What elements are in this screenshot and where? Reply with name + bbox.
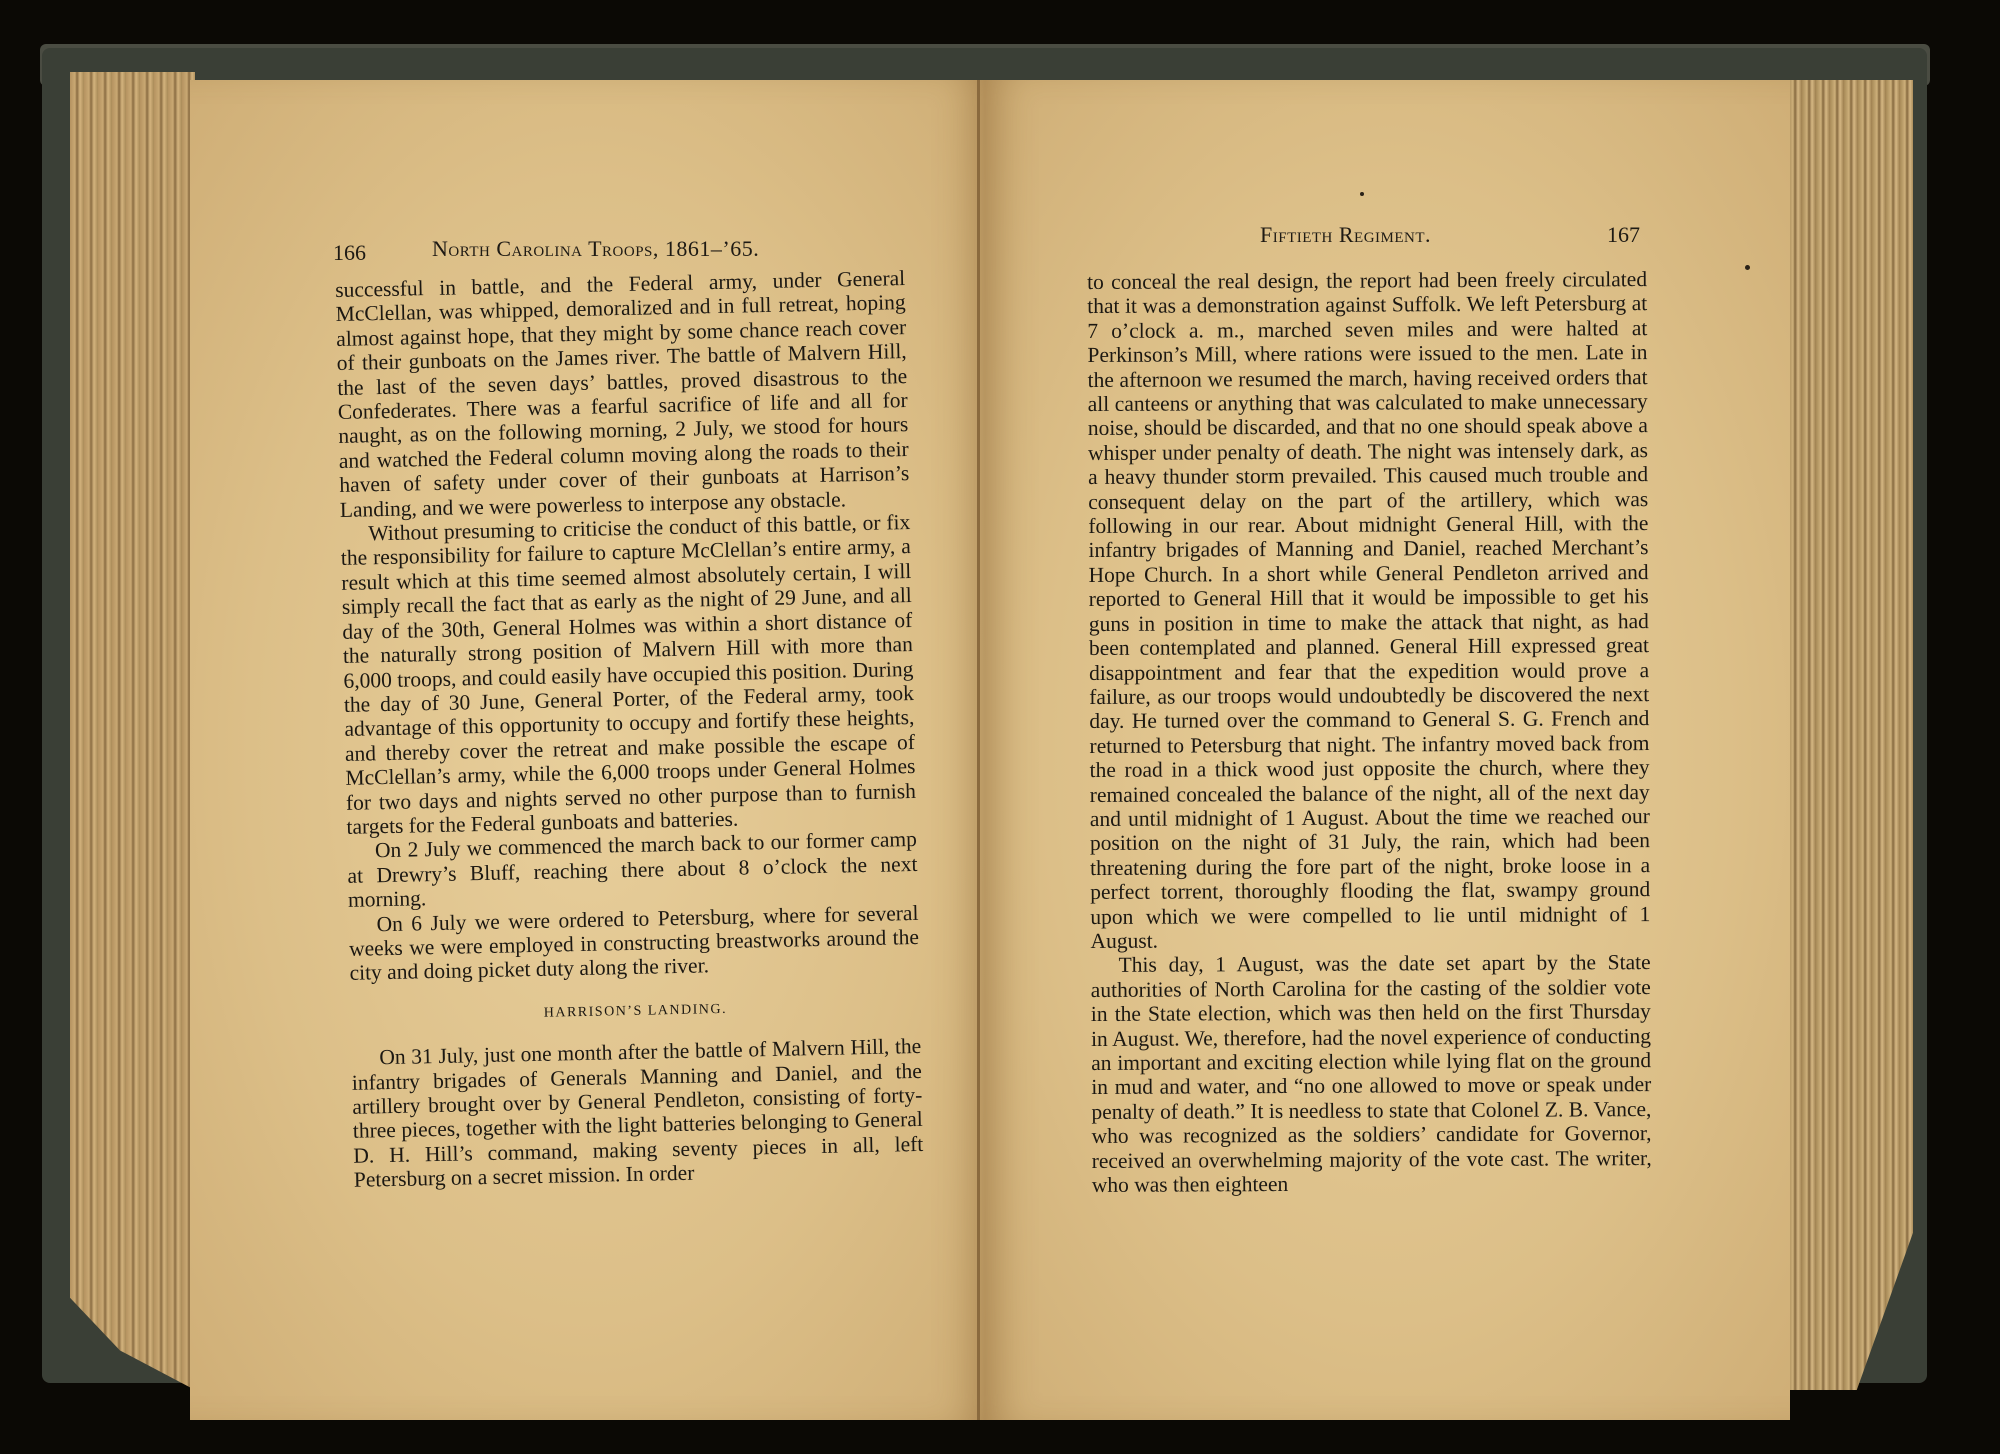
page-number-left: 166 (333, 240, 366, 266)
paragraph: to conceal the real design, the report h… (1087, 267, 1651, 953)
left-page-body: successful in battle, and the Federal ar… (335, 266, 924, 1192)
paragraph: This day, 1 August, was the date set apa… (1091, 950, 1652, 1197)
paragraph: On 6 July we were ordered to Petersburg,… (348, 900, 919, 985)
right-page-body: to conceal the real design, the report h… (1087, 267, 1652, 1197)
page-number-right: 167 (1607, 222, 1640, 248)
running-head-right: Fiftieth Regiment. (1260, 222, 1431, 248)
running-head-left: North Carolina Troops, 1861–’65. (432, 236, 759, 262)
ink-speck (1360, 192, 1364, 196)
page-edges-left (70, 72, 195, 1390)
book-gutter (977, 80, 980, 1420)
paragraph: successful in battle, and the Federal ar… (335, 266, 910, 522)
ink-speck (1745, 265, 1750, 270)
paragraph: Without presuming to criticise the condu… (340, 510, 917, 839)
page-edges-right (1788, 80, 1913, 1390)
paragraph: On 31 July, just one month after the bat… (351, 1034, 924, 1192)
section-heading: Harrison’s Landing. (350, 994, 920, 1030)
paragraph: On 2 July we commenced the march back to… (347, 827, 918, 912)
